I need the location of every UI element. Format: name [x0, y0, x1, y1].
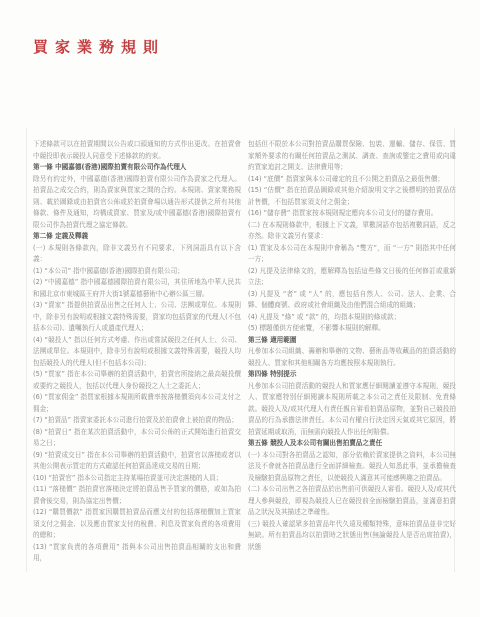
paragraph: (三) 競投人確認眾多拍賣品年代久遠及種類特殊，意味拍賣品並非完好無缺。所有拍賣… [248, 519, 456, 554]
left-column: 下述條款可以在拍賣期間以公告或口頭通知的方式作出更改。在拍賣會中競投即表示競投人… [33, 139, 241, 565]
section-heading: 第一條 中國嘉德(香港)國際拍賣有限公司作為代理人 [33, 162, 241, 174]
paragraph: (11) “落槌價” 指拍賣官落槌決定將拍賣品售予買家的價格，或如為拍賣會後交易… [33, 484, 241, 507]
section-heading: 第五條 競投人及本公司有關出售拍賣品之責任 [248, 438, 456, 450]
paragraph: (5) 標題僅供方便索覽，不影響本規則的解釋。 [248, 323, 456, 335]
paragraph: (6) “買家佣金” 指買家根據本規則所載費率按落槌價須向本公司支付之佣金； [33, 392, 241, 415]
paragraph: (12) “購買價款” 指買家因購買拍賣品而應支付的包括落槌價加上買家須支付之佣… [33, 507, 241, 542]
paragraph: 除另有約定外，中國嘉德(香港)國際拍賣有限公司作為賣家之代理人。拍賣品之成交合約… [33, 174, 241, 232]
page-title: 買家業務規則 [33, 36, 165, 57]
paragraph: (一) 本公司對各拍賣品之認知，部分依賴於賣家提供之資料，本公司無法及不會就各拍… [248, 450, 456, 485]
paragraph: (8) “拍賣日” 指在某次拍賣活動中，本公司公佈的正式開始進行拍賣交易之日； [33, 427, 241, 450]
paragraph: (4) “競投人” 指以任何方式考慮、作出或嘗試競投之任何人士、公司、法團或單位… [33, 335, 241, 370]
paragraph: (7) “拍賣品” 指賣家委託本公司進行拍賣及於拍賣會上被拍賣的物品； [33, 415, 241, 427]
paragraph: (13) “買家負責的各項費用” 指與本公司出售拍賣品相關的支出和費用， [33, 542, 241, 565]
paragraph: (4) 凡提及 “條” 或 “款” 的，均指本規則的條或款； [248, 312, 456, 324]
paragraph: 凡參加本公司組織、籌辦和舉辦的文物、藝術品等收藏品的拍賣活動的競投人、買家和其他… [248, 346, 456, 369]
paragraph: (3) “賣家” 指提供拍賣品出售之任何人士、公司、法團或單位。本規則中，除非另… [33, 300, 241, 335]
paragraph: (14) “底價” 指賣家與本公司確定的且不公開之拍賣品之最低售價； [248, 174, 456, 186]
paragraph: 凡參加本公司拍賣活動的競投人和買家應仔細閱讀並遵守本規則，競投人、買家應特別仔細… [248, 381, 456, 439]
paragraph: (3) 凡提及 “者” 或 “人” 的，應包括自然人、公司、法人、企業、合夥、個… [248, 289, 456, 312]
paragraph: (15) “估價” 指在拍賣品圖錄或其他介紹說明文字之後標明的拍賣品估計售價，不… [248, 185, 456, 208]
paragraph: (9) “拍賣成交日” 指在本公司舉辦的拍賣活動中，拍賣官以落槌或者以其他公開表… [33, 450, 241, 473]
paragraph: 下述條款可以在拍賣期間以公告或口頭通知的方式作出更改。在拍賣會中競投即表示競投人… [33, 139, 241, 162]
section-heading: 第二條 定義及釋義 [33, 231, 241, 243]
paragraph: (二) 在本規則條款中，根據上下文義，單數詞語亦包括複數詞語，反之亦然。除非文義… [248, 220, 456, 243]
paragraph: (1) 買家及本公司在本規則中會稱為 “雙方”，而 “一方” 則指其中任何一方； [248, 243, 456, 266]
paragraph: (2) 凡提及法律條文的，應解釋為包括這些條文日後的任何修訂或重新立法； [248, 266, 456, 289]
section-heading: 第三條 適用範圍 [248, 335, 456, 347]
page-edge-line-left [26, 128, 27, 572]
paragraph: (16) “儲存費” 指買家按本規則規定應向本公司支付的儲存費用。 [248, 208, 456, 220]
paragraph: (一) 本規則各條款內，除非文義另有不同要求，下列詞語具有以下含義： [33, 243, 241, 266]
section-heading: 第四條 特別提示 [248, 369, 456, 381]
right-column: 包括但不限於本公司對拍賣品購買保險、包裝、運輸、儲存、保管、買家額外要求的有關任… [248, 139, 456, 565]
paragraph: (2) “中國嘉德” 指中國嘉德國際拍賣有限公司，其住所地為中華人民共和國北京市… [33, 277, 241, 300]
document-body: 下述條款可以在拍賣期間以公告或口頭通知的方式作出更改。在拍賣會中競投即表示競投人… [33, 139, 456, 565]
paragraph: (10) “拍賣官” 指本公司指定主持某場拍賣並可決定落槌的人員； [33, 473, 241, 485]
paragraph: (5) “買家” 指在本公司舉辦的拍賣活動中，拍賣官所接納之最高競投價或要約之競… [33, 369, 241, 392]
paragraph: 包括但不限於本公司對拍賣品購買保險、包裝、運輸、儲存、保管、買家額外要求的有關任… [248, 139, 456, 174]
paragraph: (二) 本公司出售之各拍賣品於出售前可供競投人審看。競投人及/或其代理人參與競投… [248, 484, 456, 519]
paragraph: (1) “本公司” 指中國嘉德(香港)國際拍賣有限公司； [33, 266, 241, 278]
